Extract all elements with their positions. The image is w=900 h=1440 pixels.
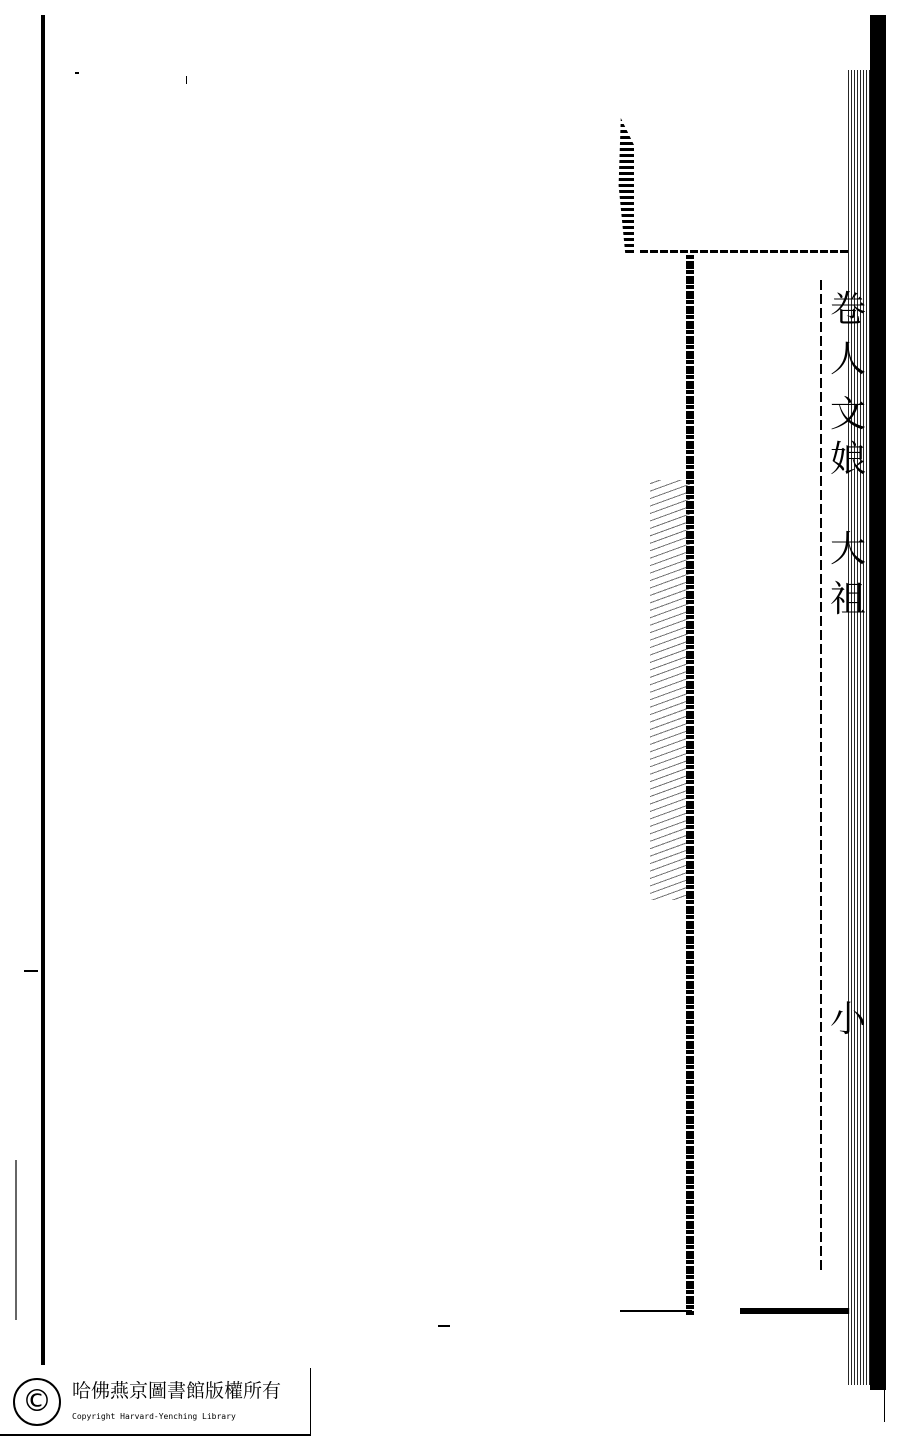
edge-character: 娘 <box>826 440 870 480</box>
speck <box>884 1390 885 1422</box>
edge-character: 文 <box>826 395 870 435</box>
left-margin-rule <box>41 15 45 1365</box>
speck <box>438 1325 450 1327</box>
edge-character: 小 <box>826 1000 870 1040</box>
edge-character: 大 <box>826 530 870 570</box>
page-edge-shadow <box>650 480 690 900</box>
edge-character: 人 <box>826 340 870 380</box>
bottom-page-edge <box>620 1310 692 1312</box>
stamp-chinese-text: 哈佛燕京圖書館版權所有 <box>72 1376 281 1403</box>
stamp-english-text: Copyright Harvard-Yenching Library <box>72 1412 236 1421</box>
speck <box>75 72 79 74</box>
speck <box>186 76 187 84</box>
speck <box>15 1160 17 1320</box>
bottom-page-ledge <box>740 1308 850 1314</box>
edge-character: 卷 <box>826 290 870 330</box>
speck <box>24 970 38 972</box>
copyright-stamp: © 哈佛燕京圖書館版權所有 Copyright Harvard-Yenching… <box>0 1368 311 1436</box>
text-frame-line <box>820 280 822 1270</box>
book-spine <box>870 15 886 1390</box>
edge-character: 祖 <box>826 580 870 620</box>
copyright-icon: © <box>13 1378 61 1426</box>
top-page-ledge <box>640 250 850 253</box>
torn-corner <box>612 118 634 253</box>
